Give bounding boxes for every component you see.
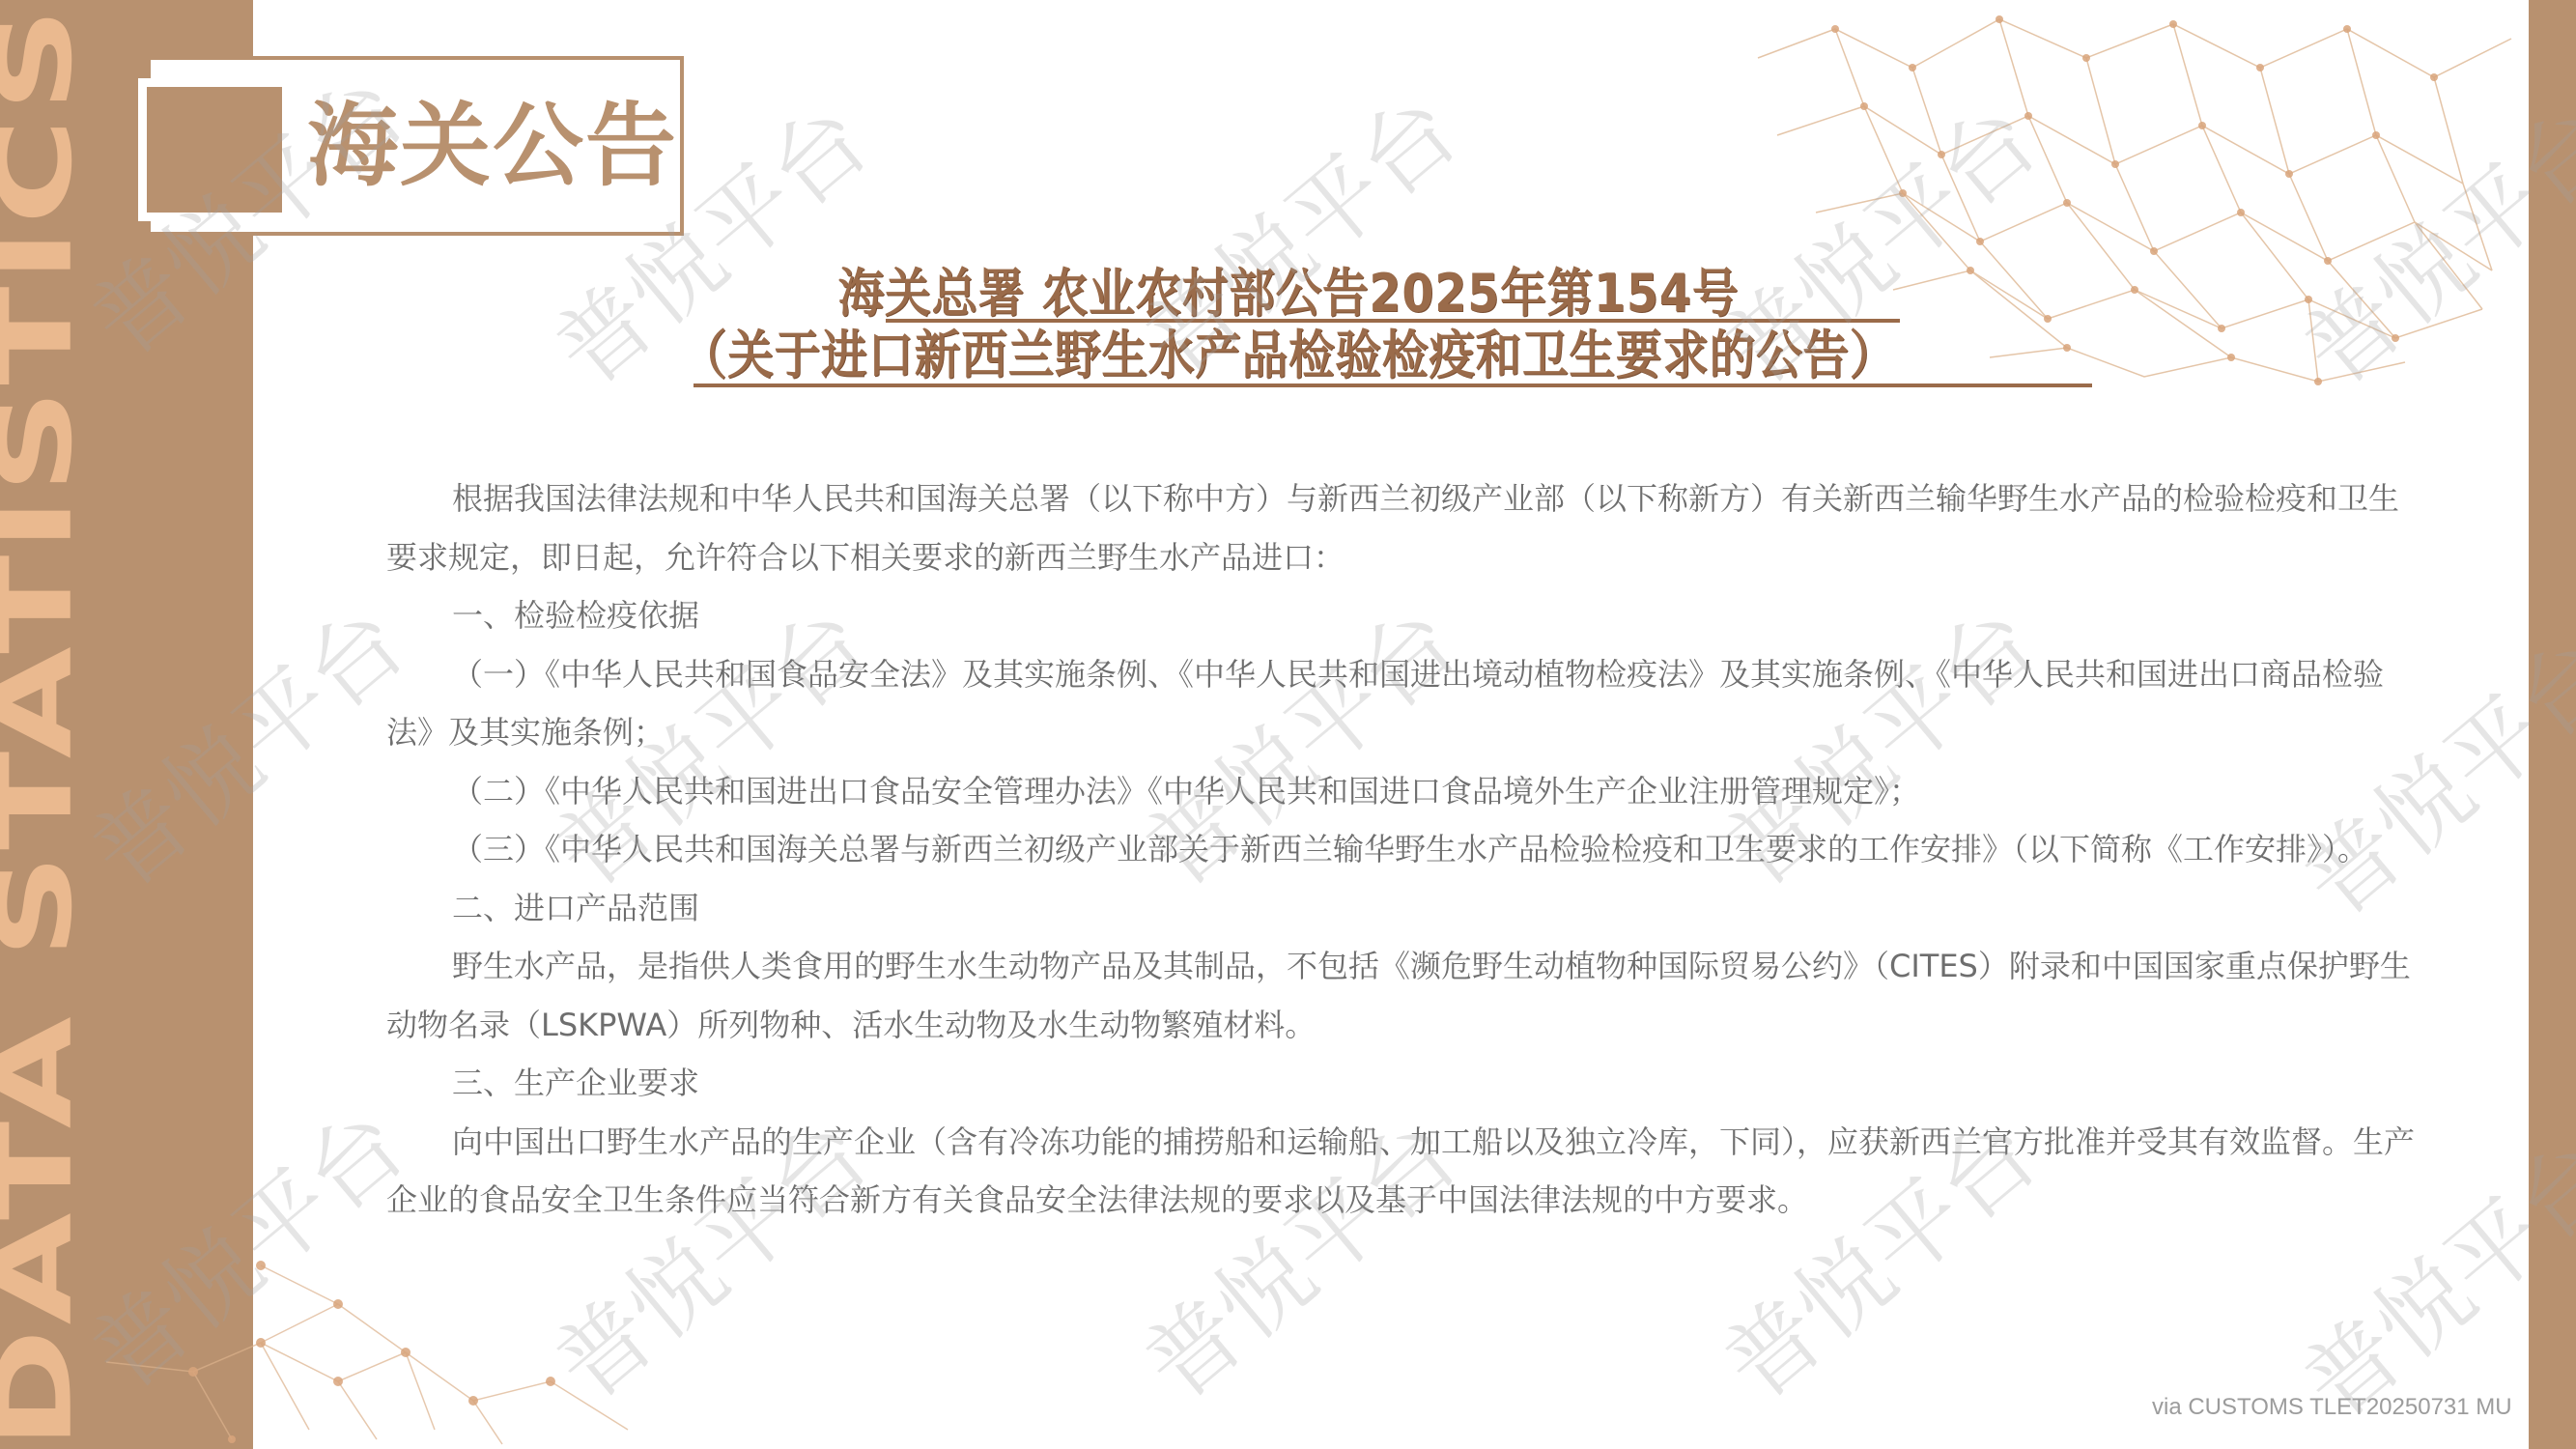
right-sidebar-band <box>2529 0 2576 1449</box>
heading-section-3: 三、生产企业要求 <box>386 1054 2415 1113</box>
paragraph-basis-3: （三）《中华人民共和国海关总署与新西兰初级产业部关于新西兰输华野生水产品检验检疫… <box>386 820 2415 879</box>
announcement-body: 根据我国法律法规和中华人民共和国海关总署（以下称中方）与新西兰初级产业部（以下称… <box>386 469 2415 1230</box>
sidebar-vertical-text: DATA STATISTICS REPORT <box>0 0 87 1449</box>
paragraph-enterprise-requirements: 向中国出口野生水产品的生产企业（含有冷冻功能的捕捞船和运输船、加工船以及独立冷库… <box>386 1113 2415 1230</box>
paragraph-basis-1: （一）《中华人民共和国食品安全法》及其实施条例、《中华人民共和国进出境动植物检疫… <box>386 645 2415 762</box>
title-underline-1 <box>886 319 1900 323</box>
document-title-text-2: （关于进口新西兰野生水产品检验检疫和卫生要求的公告） <box>680 325 1895 386</box>
paragraph-basis-2: （二）《中华人民共和国进出口食品安全管理办法》《中华人民共和国进口食品境外生产企… <box>386 762 2415 821</box>
paragraph-intro: 根据我国法律法规和中华人民共和国海关总署（以下称中方）与新西兰初级产业部（以下称… <box>386 469 2415 586</box>
document-title-line-1: 海关总署 农业农村部公告2025年第154号 <box>0 263 2576 325</box>
heading-section-1: 一、检验检疫依据 <box>386 586 2415 645</box>
paragraph-product-scope: 野生水产品，是指供人类食用的野生水生动物产品及其制品，不包括《濒危野生动植物种国… <box>386 937 2415 1054</box>
section-title: 海关公告 <box>307 89 678 205</box>
document-title-text-1: 海关总署 农业农村部公告2025年第154号 <box>837 263 1739 325</box>
source-caption: via CUSTOMS TLET20250731 MU <box>2152 1394 2512 1421</box>
document-title-line-2: （关于进口新西兰野生水产品检验检疫和卫生要求的公告） <box>0 325 2576 386</box>
heading-section-2: 二、进口产品范围 <box>386 879 2415 938</box>
title-underline-2 <box>694 384 2092 387</box>
section-header-accent-square <box>143 83 286 216</box>
